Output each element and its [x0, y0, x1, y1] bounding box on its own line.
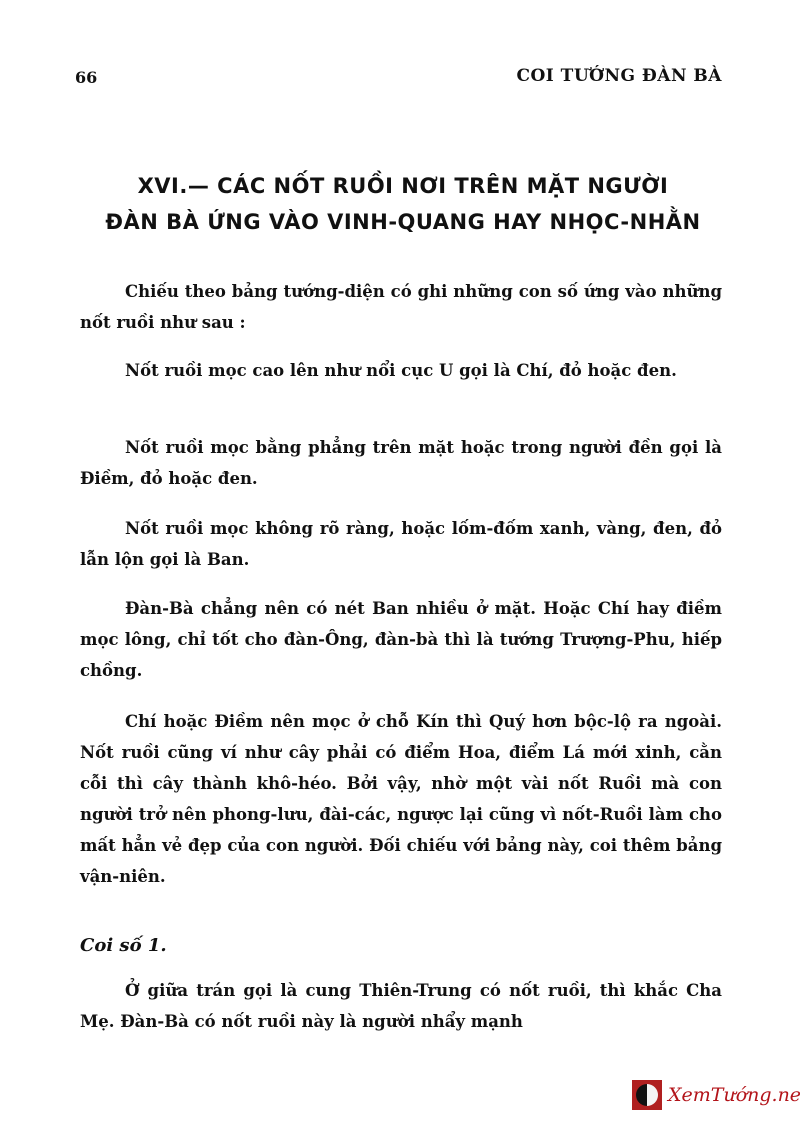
body-paragraph-1: Chiếu theo bảng tướng-diện có ghi những …	[80, 276, 722, 338]
watermark-logo[interactable]: XemTướng.net	[632, 1080, 800, 1110]
running-header: COI TƯỚNG ĐÀN BÀ	[516, 66, 722, 86]
body-paragraph-5: Đàn-Bà chẳng nên có nét Ban nhiều ở mặt.…	[80, 593, 722, 686]
body-paragraph-3: Nốt ruồi mọc bằng phẳng trên mặt hoặc tr…	[80, 432, 722, 494]
chapter-title-line-1: XVI.— CÁC NỐT RUỒI NƠI TRÊN MẶT NGƯỜI	[78, 168, 728, 204]
watermark-text: XemTướng.net	[668, 1084, 800, 1106]
subsection-paragraph: Ở giữa trán gọi là cung Thiên-Trung có n…	[80, 975, 722, 1037]
subsection-heading: Coi số 1.	[80, 935, 167, 956]
yin-yang-icon	[632, 1080, 662, 1110]
body-paragraph-4: Nốt ruồi mọc không rõ ràng, hoặc lốm-đốm…	[80, 513, 722, 575]
body-paragraph-2: Nốt ruồi mọc cao lên như nổi cục U gọi l…	[80, 355, 722, 386]
body-paragraph-6: Chí hoặc Điềm nên mọc ở chỗ Kín thì Quý …	[80, 706, 722, 892]
chapter-title: XVI.— CÁC NỐT RUỒI NƠI TRÊN MẶT NGƯỜI ĐÀ…	[78, 168, 728, 240]
page-number: 66	[75, 68, 97, 87]
chapter-title-line-2: ĐÀN BÀ ỨNG VÀO VINH-QUANG HAY NHỌC-NHẰN	[78, 204, 728, 240]
